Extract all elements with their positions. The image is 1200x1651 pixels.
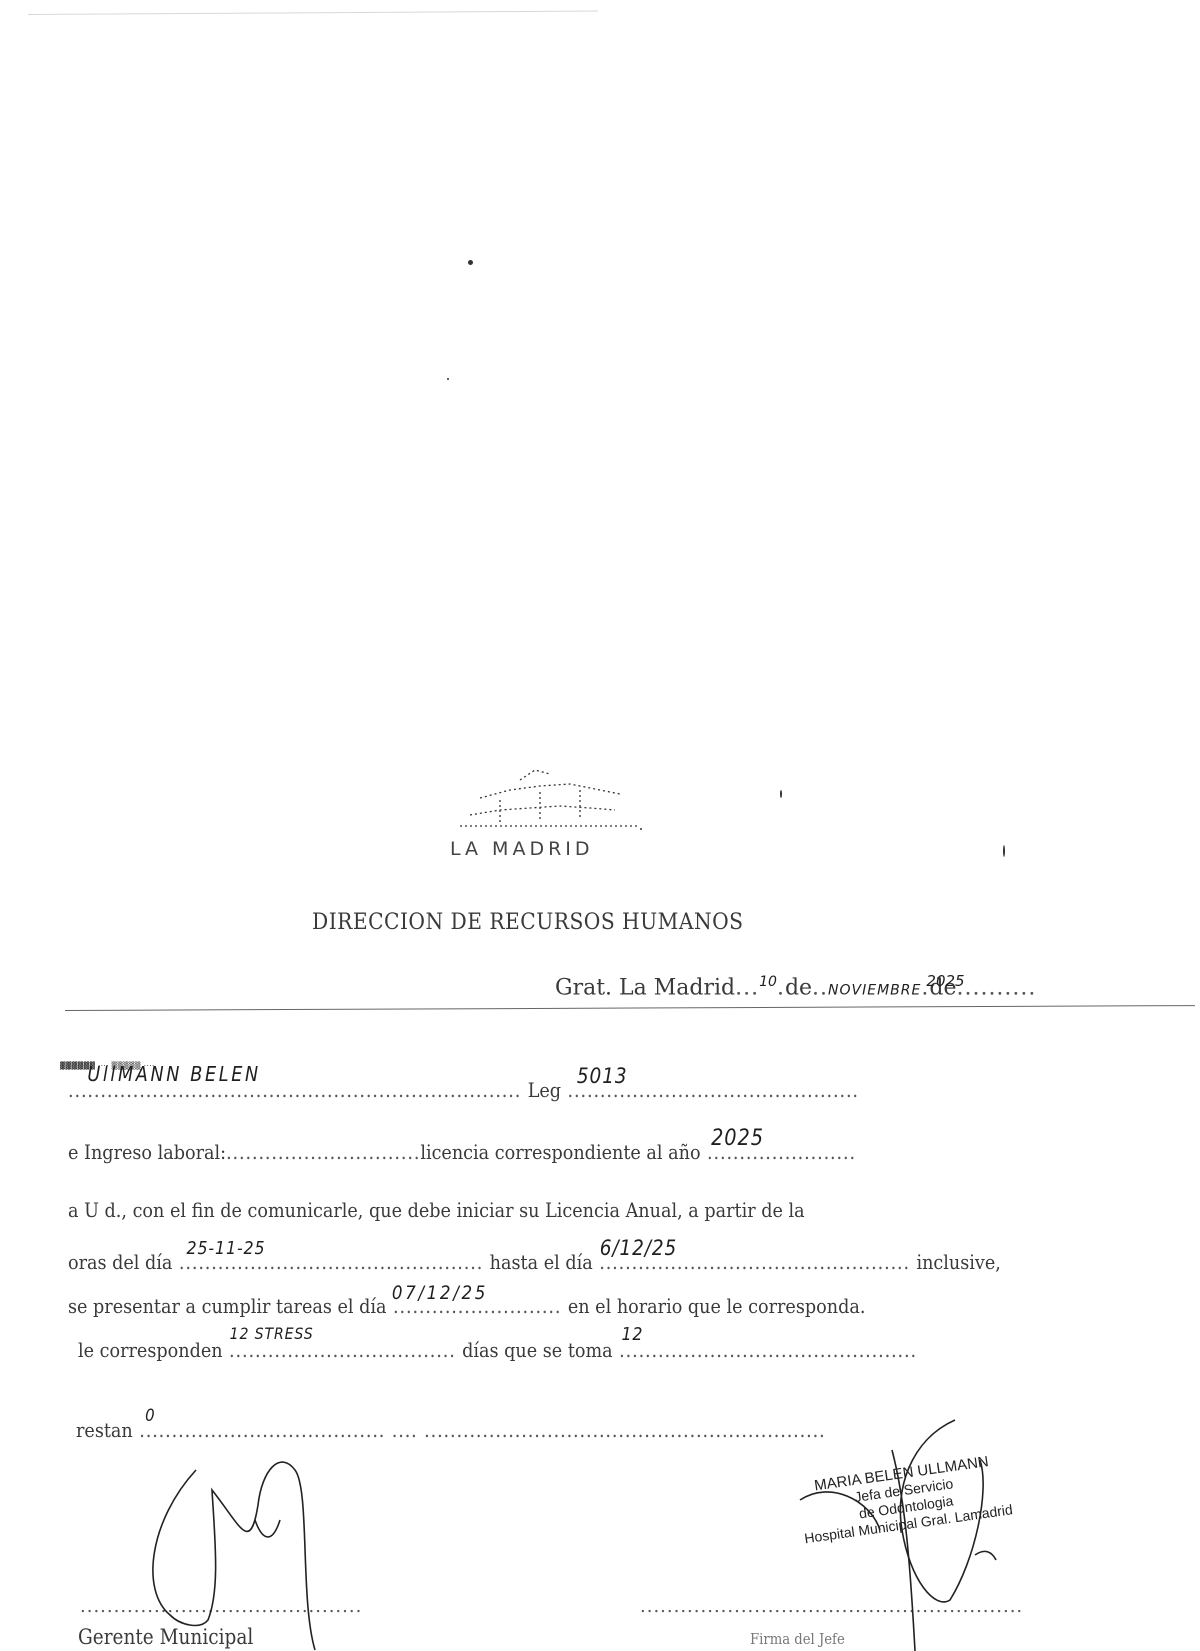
licencia-year: 2025 — [711, 1126, 764, 1151]
date-month: NOVIEMBRE — [828, 982, 921, 998]
hasta-label: hasta el día — [490, 1250, 593, 1274]
date-day: 10 — [759, 974, 777, 990]
date-year: 2025 — [926, 972, 964, 990]
scan-speck — [468, 260, 473, 265]
town-name: LA MADRID — [450, 838, 594, 860]
remaining-line: restan 0 ...............................… — [76, 1418, 826, 1442]
left-signature-line: ........................................… — [80, 1596, 362, 1617]
date-de: de — [785, 975, 812, 1000]
corresponden-label: le corresponden — [78, 1338, 223, 1362]
official-stamp: MARIA BELEN ULLMANN Jefa de Servicio de … — [786, 1449, 1023, 1548]
intro-line: a U d., con el fin de comunicarle, que d… — [68, 1198, 805, 1222]
days-line: le corresponden 12 STRESS ..............… — [78, 1338, 917, 1362]
right-signature-caption: Firma del Jefe — [750, 1630, 845, 1648]
employee-name: UllMANN BELEN — [87, 1062, 260, 1086]
place-label: Grat. La Madrid — [555, 975, 735, 1000]
scan-speck — [1003, 845, 1005, 857]
leg-value: 5013 — [577, 1064, 628, 1088]
left-signature-caption: Gerente Municipal — [78, 1625, 253, 1649]
return-date-line: se presentar a cumplir tareas el día 07/… — [68, 1294, 865, 1318]
restan-value: 0 — [145, 1406, 155, 1426]
desde-label: oras del día — [68, 1250, 172, 1274]
left-signature-icon — [153, 1462, 315, 1650]
license-year-line: e Ingreso laboral:......................… — [68, 1140, 856, 1164]
desde-value: 25-11-25 — [187, 1238, 266, 1259]
scan-artifact-line — [28, 11, 598, 15]
scan-speck — [447, 378, 449, 380]
date-range-line: oras del día 25-11-25 ..................… — [68, 1250, 1001, 1274]
place-and-date: Grat. La Madrid...10.de..NOVIEMBRE.de...… — [555, 972, 1075, 1000]
presentar-value: 07/12/25 — [392, 1282, 488, 1304]
licencia-label: licencia correspondiente al año — [420, 1140, 700, 1164]
leg-label: Leg — [528, 1078, 561, 1102]
municipal-crest-icon — [440, 760, 660, 830]
department-title: DIRECCION DE RECURSOS HUMANOS — [312, 910, 743, 935]
presentar-label: se presentar a cumplir tareas el día — [68, 1294, 387, 1318]
restan-label: restan — [76, 1418, 133, 1442]
horario-text: en el horario que le corresponda. — [568, 1294, 866, 1318]
corresponden-value: 12 STRESS — [230, 1324, 314, 1343]
right-signature-line: ........................................… — [640, 1596, 1023, 1617]
scan-speck — [780, 790, 782, 798]
horizontal-divider — [65, 1005, 1195, 1011]
employee-line: UllMANN BELEN ..........................… — [68, 1078, 859, 1102]
dias-toma-value: 12 — [621, 1324, 643, 1345]
hasta-value: 6/12/25 — [600, 1236, 677, 1260]
dias-toma-label: días que se toma — [462, 1338, 613, 1362]
inclusive-label: inclusive, — [916, 1250, 1000, 1274]
ingreso-label: e Ingreso laboral: — [68, 1140, 226, 1164]
